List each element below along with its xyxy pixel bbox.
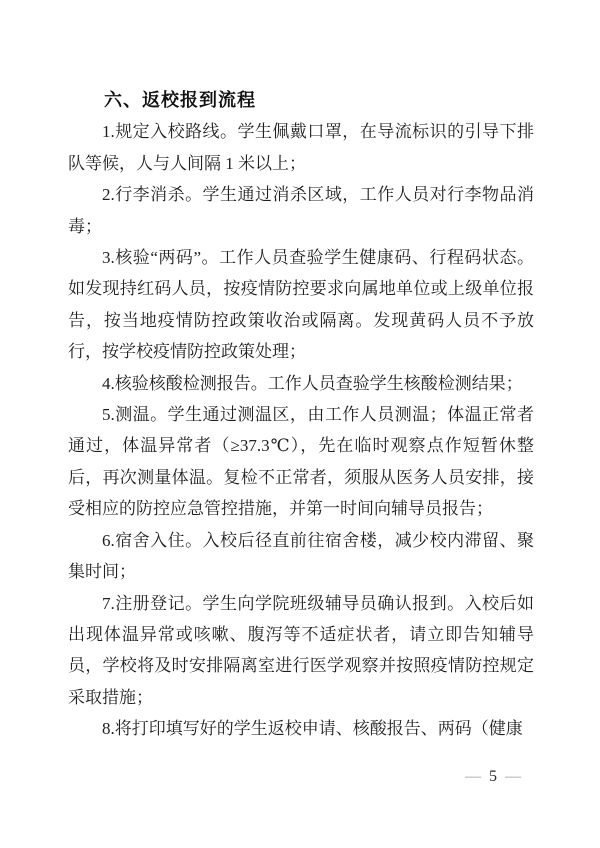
page-number-dash-left: —: [465, 768, 482, 785]
paragraph-step-5: 5.测温。学生通过测温区，由工作人员测温；体温正常者通过，体温异常者（≥37.3…: [68, 399, 534, 525]
page-number: —5—: [465, 768, 522, 786]
document-body: 六、返校报到流程 1.规定入校路线。学生佩戴口罩，在导流标识的引导下排队等候，人…: [68, 85, 534, 745]
paragraph-step-1: 1.规定入校路线。学生佩戴口罩，在导流标识的引导下排队等候，人与人间隔 1 米以…: [68, 116, 534, 179]
page-number-dash-right: —: [505, 768, 522, 785]
paragraph-step-8: 8.将打印填写好的学生返校申请、核酸报告、两码（健康: [68, 713, 534, 744]
paragraph-step-2: 2.行李消杀。学生通过消杀区域，工作人员对行李物品消毒；: [68, 179, 534, 242]
paragraph-step-3: 3.核验“两码”。工作人员查验学生健康码、行程码状态。如发现持红码人员，按疫情防…: [68, 242, 534, 368]
paragraph-step-6: 6.宿舍入住。入校后径直前往宿舍楼，减少校内滞留、聚集时间；: [68, 525, 534, 588]
paragraph-step-4: 4.核验核酸检测报告。工作人员查验学生核酸检测结果；: [68, 368, 534, 399]
paragraph-step-7: 7.注册登记。学生向学院班级辅导员确认报到。入校后如出现体温异常或咳嗽、腹泻等不…: [68, 588, 534, 714]
document-page: 六、返校报到流程 1.规定入校路线。学生佩戴口罩，在导流标识的引导下排队等候，人…: [0, 0, 600, 848]
section-heading: 六、返校报到流程: [68, 85, 534, 116]
page-number-value: 5: [482, 768, 505, 785]
